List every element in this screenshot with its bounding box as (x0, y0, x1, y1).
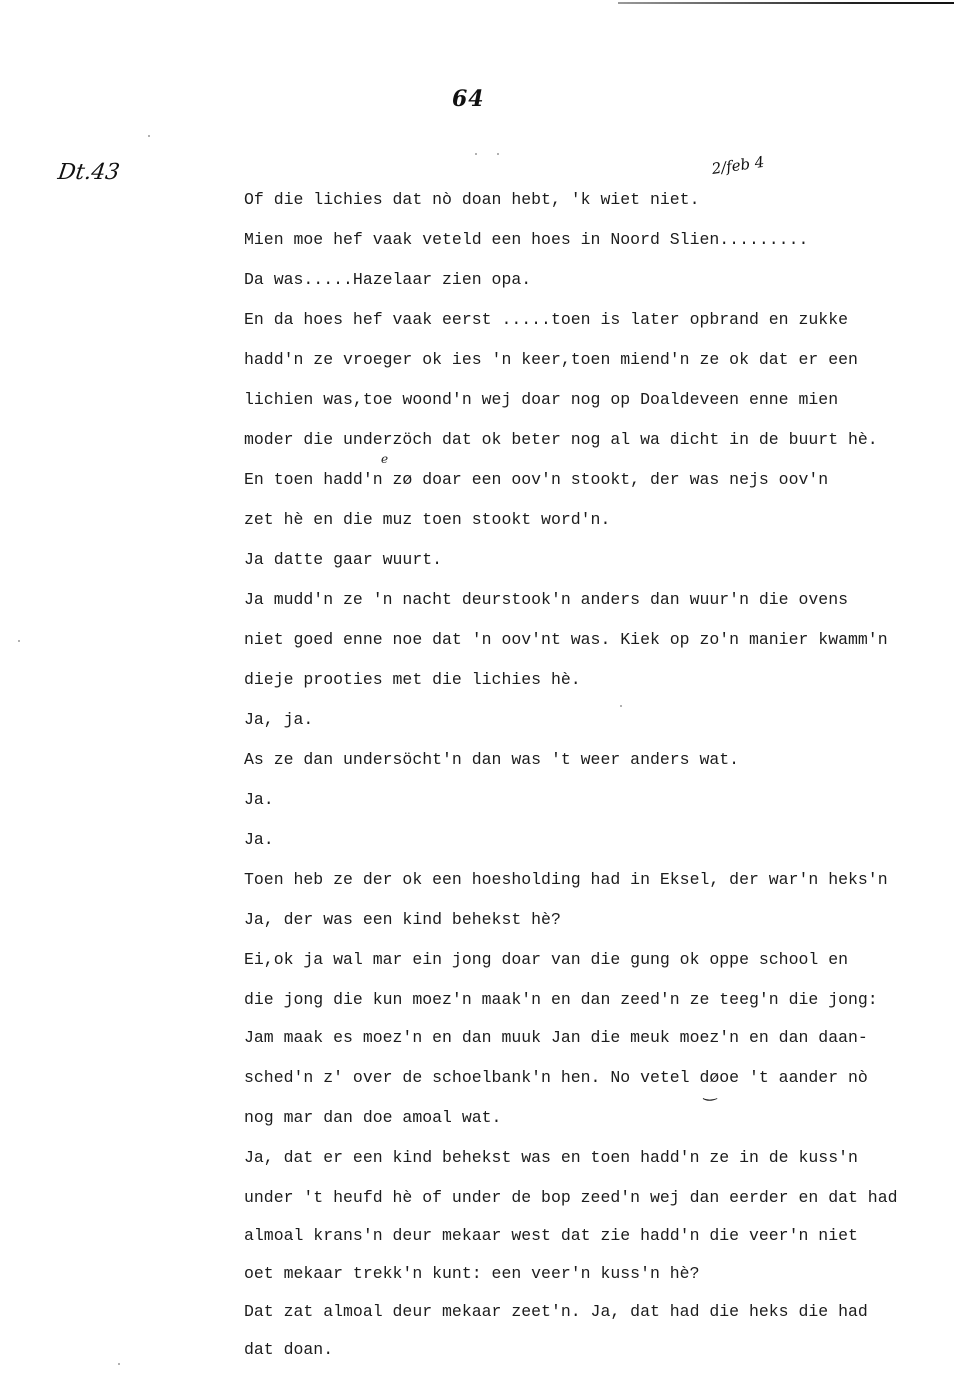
text-line: dieje prooties met die lichies hè. (244, 670, 581, 690)
scan-speck (118, 1363, 120, 1365)
text-line: oet mekaar trekk'n kunt: een veer'n kuss… (244, 1264, 699, 1284)
text-line: Da was.....Hazelaar zien opa. (244, 270, 531, 290)
text-line: Ja. (244, 790, 274, 810)
page-number: 64 (452, 86, 485, 112)
text-line: Jam maak es moez'n en dan muuk Jan die m… (244, 1028, 868, 1048)
scan-speck (18, 640, 20, 642)
handwritten-underline-mark: ‿ (704, 1082, 717, 1101)
text-line: As ze dan undersöcht'n dan was 't weer a… (244, 750, 739, 770)
scan-edge-rule (618, 2, 954, 4)
text-line: die jong die kun moez'n maak'n en dan ze… (244, 990, 878, 1010)
text-line: Ja mudd'n ze 'n nacht deurstook'n anders… (244, 590, 848, 610)
text-line: Ja. (244, 830, 274, 850)
handwritten-insertion-e: e (381, 452, 388, 466)
text-line: niet goed enne noe dat 'n oov'nt was. Ki… (244, 630, 888, 650)
text-line: Toen heb ze der ok een hoesholding had i… (244, 870, 888, 890)
date-note-handwritten: 2/feb 4 (710, 153, 765, 178)
scan-speck (475, 153, 477, 155)
text-line: zet hè en die muz toen stookt word'n. (244, 510, 610, 530)
text-line: Ja datte gaar wuurt. (244, 550, 442, 570)
text-line: nog mar dan doe amoal wat. (244, 1108, 501, 1128)
text-line: lichien was,toe woond'n wej doar nog op … (244, 390, 838, 410)
text-line: hadd'n ze vroeger ok ies 'n keer,toen mi… (244, 350, 858, 370)
text-line: Ja, ja. (244, 710, 313, 730)
text-line: sched'n z' over de schoelbank'n hen. No … (244, 1068, 868, 1088)
text-line: Ja, der was een kind behekst hè? (244, 910, 561, 930)
text-line: under 't heufd hè of under de bop zeed'n… (244, 1188, 898, 1208)
text-line: En toen hadd'n zø doar een oov'n stookt,… (244, 470, 828, 490)
text-line: Dat zat almoal deur mekaar zeet'n. Ja, d… (244, 1302, 868, 1322)
text-line: Of die lichies dat nò doan hebt, 'k wiet… (244, 190, 699, 210)
scan-speck (148, 135, 150, 137)
text-line: moder die underzöch dat ok beter nog al … (244, 430, 878, 450)
margin-reference-handwritten: Dt.43 (56, 160, 121, 185)
scan-speck (620, 705, 622, 707)
text-line: Mien moe hef vaak veteld een hoes in Noo… (244, 230, 808, 250)
text-line: En da hoes hef vaak eerst .....toen is l… (244, 310, 848, 330)
text-line: Ei,ok ja wal mar ein jong doar van die g… (244, 950, 848, 970)
text-line: dat doan. (244, 1340, 333, 1360)
text-line: Ja, dat er een kind behekst was en toen … (244, 1148, 858, 1168)
text-line: almoal krans'n deur mekaar west dat zie … (244, 1226, 858, 1246)
scan-speck (497, 153, 499, 155)
